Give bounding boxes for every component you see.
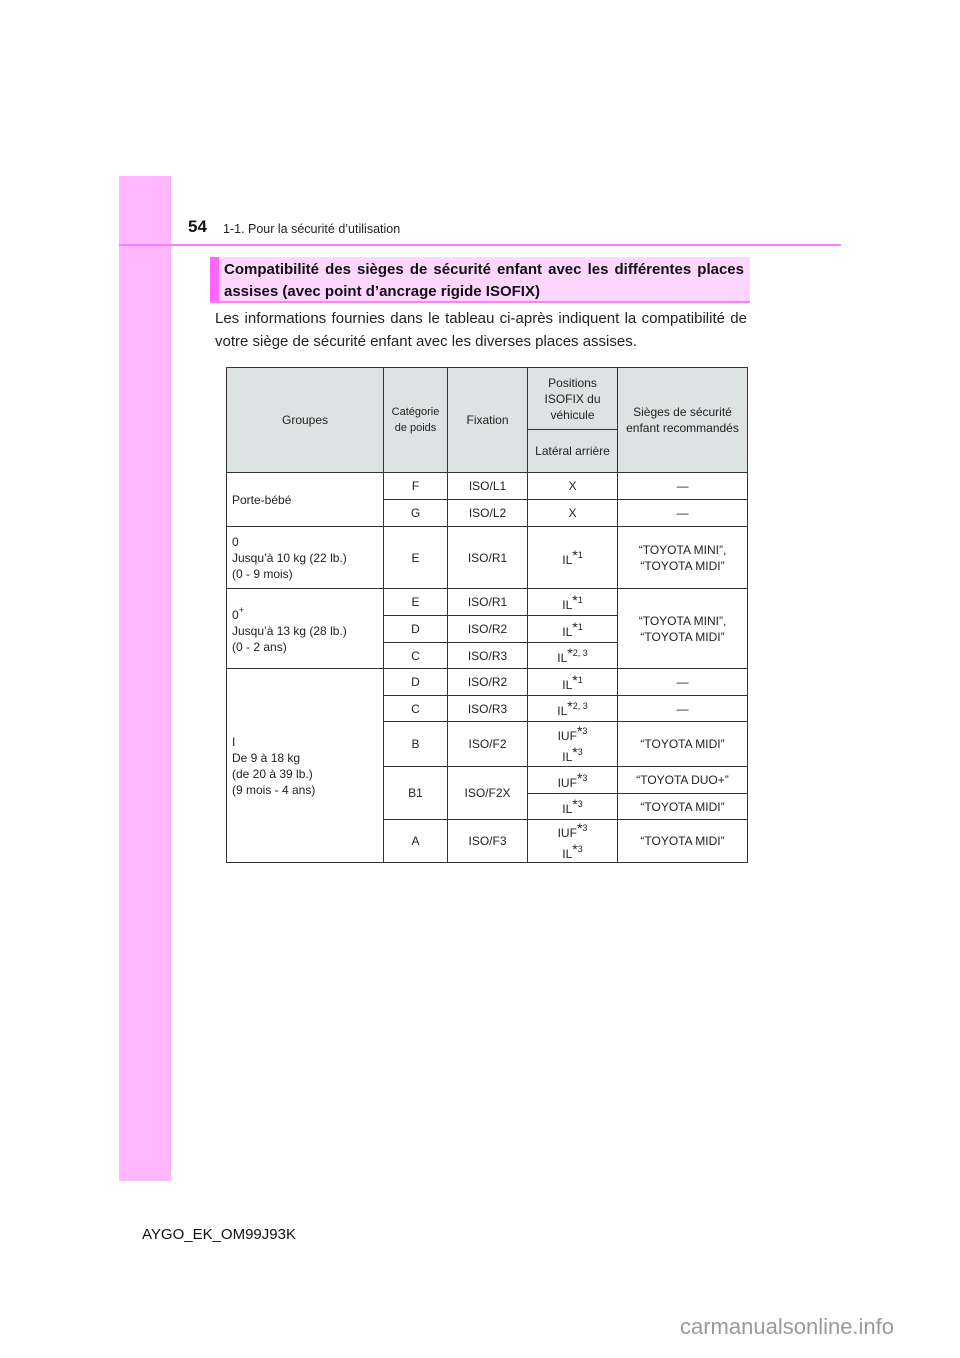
cell-recommended: — — [618, 500, 748, 527]
cell-fixation: ISO/R1 — [448, 527, 528, 589]
cell-position: IL*2, 3 — [528, 643, 618, 669]
isofix-compatibility-table: Groupes Catégorie de poids Fixation Posi… — [226, 367, 748, 863]
cell-categorie: A — [384, 820, 448, 863]
cell-fixation: ISO/F3 — [448, 820, 528, 863]
cell-fixation: ISO/R2 — [448, 669, 528, 696]
header-sieges: Sièges de sécurité enfant recommandés — [618, 368, 748, 473]
cell-position: IL*1 — [528, 616, 618, 643]
cell-categorie: G — [384, 500, 448, 527]
cell-position: IL*3 — [528, 794, 618, 820]
cell-fixation: ISO/L1 — [448, 473, 528, 500]
cell-position: IUF*3IL*3 — [528, 722, 618, 767]
section-heading-box: Compatibilité des sièges de sécurité enf… — [210, 257, 750, 303]
cell-position: IL*1 — [528, 589, 618, 616]
header-categorie: Catégorie de poids — [384, 368, 448, 473]
cell-recommended: “TOYOTA MIDI” — [618, 794, 748, 820]
cell-fixation: ISO/R3 — [448, 643, 528, 669]
cell-categorie: C — [384, 696, 448, 722]
heading-accent-bar — [210, 257, 219, 301]
watermark-link[interactable]: carmanualsonline.info — [680, 1314, 894, 1340]
cell-recommended: “TOYOTA MIDI” — [618, 722, 748, 767]
cell-position: IL*1 — [528, 527, 618, 589]
intro-paragraph: Les informations fournies dans le tablea… — [215, 307, 747, 353]
cell-recommended: — — [618, 473, 748, 500]
cell-recommended: “TOYOTA MINI”,“TOYOTA MIDI” — [618, 589, 748, 669]
header-lateral: Latéral arrière — [528, 430, 618, 473]
group-I: I De 9 à 18 kg (de 20 à 39 lb.) (9 mois … — [227, 669, 384, 863]
cell-fixation: ISO/R2 — [448, 616, 528, 643]
page-number: 54 — [188, 217, 207, 237]
table-row: Porte-bébé F ISO/L1 X — — [227, 473, 748, 500]
header-groupes: Groupes — [227, 368, 384, 473]
cell-categorie: D — [384, 616, 448, 643]
cell-position: IL*2, 3 — [528, 696, 618, 722]
cell-categorie: E — [384, 527, 448, 589]
cell-fixation: ISO/F2X — [448, 767, 528, 820]
cell-fixation: ISO/L2 — [448, 500, 528, 527]
group-0-plus: 0+ Jusqu’à 13 kg (28 lb.) (0 - 2 ans) — [227, 589, 384, 669]
cell-categorie: D — [384, 669, 448, 696]
table-row: I De 9 à 18 kg (de 20 à 39 lb.) (9 mois … — [227, 669, 748, 696]
cell-position: IUF*3 — [528, 767, 618, 794]
cell-categorie: E — [384, 589, 448, 616]
cell-recommended: “TOYOTA MINI”,“TOYOTA MIDI” — [618, 527, 748, 589]
cell-recommended: “TOYOTA MIDI” — [618, 820, 748, 863]
cell-position: IL*1 — [528, 669, 618, 696]
cell-categorie: B1 — [384, 767, 448, 820]
section-title: 1-1. Pour la sécurité d’utilisation — [223, 222, 400, 236]
cell-position: IUF*3IL*3 — [528, 820, 618, 863]
pink-sidebar-tab — [119, 176, 171, 1181]
cell-recommended: — — [618, 696, 748, 722]
header-positions: Positions ISOFIX du véhicule — [528, 368, 618, 430]
cell-recommended: — — [618, 669, 748, 696]
table-row: 0+ Jusqu’à 13 kg (28 lb.) (0 - 2 ans) E … — [227, 589, 748, 616]
cell-position: X — [528, 473, 618, 500]
section-heading: Compatibilité des sièges de sécurité enf… — [224, 259, 744, 302]
document-code: AYGO_EK_OM99J93K — [142, 1226, 296, 1243]
cell-categorie: C — [384, 643, 448, 669]
group-porte-bebe: Porte-bébé — [227, 473, 384, 527]
cell-categorie: F — [384, 473, 448, 500]
table-row: 0 Jusqu’à 10 kg (22 lb.) (0 - 9 mois) E … — [227, 527, 748, 589]
cell-fixation: ISO/R3 — [448, 696, 528, 722]
cell-fixation: ISO/R1 — [448, 589, 528, 616]
group-0: 0 Jusqu’à 10 kg (22 lb.) (0 - 9 mois) — [227, 527, 384, 589]
cell-position: X — [528, 500, 618, 527]
header-divider — [119, 244, 841, 246]
header-fixation: Fixation — [448, 368, 528, 473]
cell-categorie: B — [384, 722, 448, 767]
cell-fixation: ISO/F2 — [448, 722, 528, 767]
cell-recommended: “TOYOTA DUO+” — [618, 767, 748, 794]
